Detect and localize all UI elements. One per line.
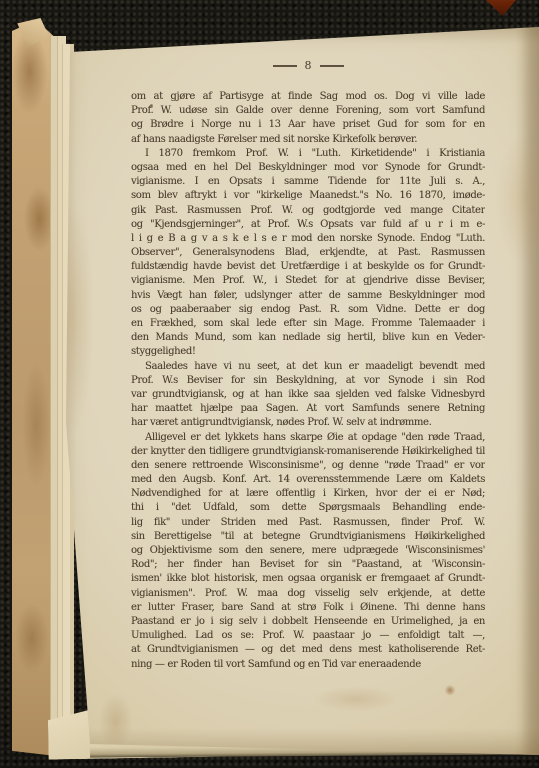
text-line: Prof. W. udøse sin Galde over denne Fore… [131, 104, 485, 118]
text-line: styggelighed! [131, 345, 485, 359]
text-line: Alligevel er det lykkets hans skarpe Øie… [131, 431, 485, 445]
text-line: var grundtvigiansk, og at han ikke saa s… [131, 388, 485, 402]
text-line: af hans naadigste Førelser med sit norsk… [131, 133, 485, 147]
page-text: om at gjøre af Partisyge at finde Sag mo… [131, 90, 485, 672]
text-line: ogsaa med en hel Del Beskyldninger mod v… [131, 161, 485, 175]
text-line: Observer", Generalsynodens Blad, erkjend… [131, 246, 485, 260]
header-rule-right [320, 65, 344, 67]
header-rule-left [273, 65, 297, 67]
bookmark-remnant [486, 0, 516, 16]
text-line: en Frækhed, som skal lede efter sin Mage… [131, 317, 485, 331]
text-line: den Mands Mund, som kan nedlade sig hert… [131, 331, 485, 345]
text-line: at Grundtvigianismen — og det med dens m… [131, 643, 485, 657]
text-line: har været antigrundtvigiansk, nødes Prof… [131, 416, 485, 430]
text-line: fuldstændig havde bevist det Uretfærdige… [131, 260, 485, 274]
text-line: om at gjøre af Partisyge at finde Sag mo… [131, 90, 485, 104]
text-line: thi i "det Udfald, som dette Spørgsmaals… [131, 501, 485, 515]
text-line: vigianisme. I en Opsats i samme Tidende … [131, 175, 485, 189]
text-line: og Objektivisme som den senere, mere udp… [131, 544, 485, 558]
text-line: I 1870 fremkom Prof. W. i "Luth. Kirketi… [131, 147, 485, 161]
text-line: Saaledes have vi nu seet, at det kun er … [131, 360, 485, 374]
gutter-crease [521, 22, 539, 758]
text-line: Rod"; her finder han Beviset for sin "Pa… [131, 558, 485, 572]
text-line: den senere rettroende Wisconsinisme", og… [131, 459, 485, 473]
text-line: Umulighed. Lad os se: Prof. W. paastaar … [131, 629, 485, 643]
text-line: vigianismen". Prof. W. maa dog visselig … [131, 587, 485, 601]
text-line: hvis Vægt han føler, udslynger atter de … [131, 289, 485, 303]
text-line: der knytter den tidligere grundtvigiansk… [131, 445, 485, 459]
text-line: har maattet hjælpe paa Sagen. At vort Sa… [131, 402, 485, 416]
text-line: og "Kjendsgjerninger", at Prof. W.s Opsa… [131, 218, 485, 232]
text-line: os og paaberaaber sig endog Past. R. som… [131, 303, 485, 317]
page-header: 8 [131, 60, 485, 71]
text-line: og Brødre i Norge nu i 13 Aar have prise… [131, 118, 485, 132]
page-number: 8 [305, 60, 312, 71]
text-line: sin Berettigelse "til at betegne Grundtv… [131, 530, 485, 544]
text-line: er lutter Fraser, bare Sand at strø Folk… [131, 601, 485, 615]
text-line: Prof. W.s Beviser for sin Beskyldning, a… [131, 374, 485, 388]
scanned-book-photo: 8 om at gjøre af Partisyge at finde Sag … [0, 0, 539, 768]
text-line: Paastand er jo i sig selv i dobbelt Hens… [131, 615, 485, 629]
text-line: ning — er Roden til vort Samfund og en T… [131, 658, 485, 672]
text-line: med den Augsb. Konf. Art. 14 overensstem… [131, 473, 485, 487]
text-line: gik Past. Rasmussen Prof. W. og godtgjor… [131, 204, 485, 218]
text-line: l i g e B a g v a s k e l s e r mod den … [131, 232, 485, 246]
text-line: som blev aftrykt i vor "kirkelige Maaned… [131, 189, 485, 203]
text-line: Nødvendighed for at lære offentlig i Kir… [131, 487, 485, 501]
text-line: lig fik" under Striden med Past. Rasmuss… [131, 516, 485, 530]
text-line: vigianisme. Men Prof. W., i Stedet for a… [131, 274, 485, 288]
text-line: ismen' ikke blot historisk, men ogsaa or… [131, 572, 485, 586]
